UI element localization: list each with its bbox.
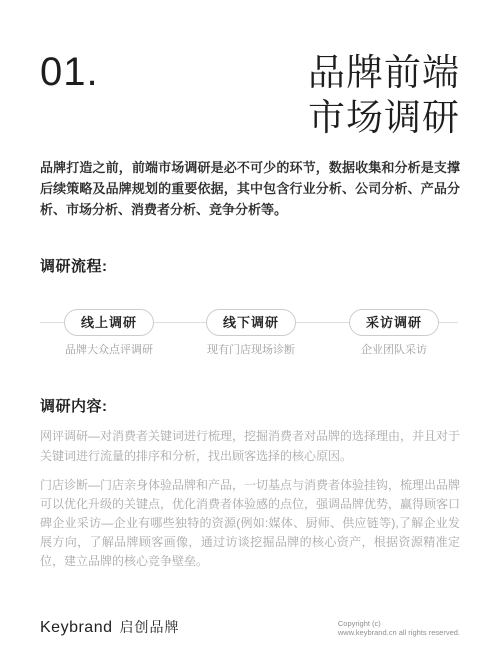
page-title: 品牌前端市场调研 <box>308 50 460 140</box>
process-section-heading: 调研流程: <box>40 257 460 277</box>
brand-logo: Keybrand 启创品牌 <box>40 617 180 637</box>
document-page: 01. 品牌前端市场调研 品牌打造之前，前端市场调研是必不可少的环节，数据收集和… <box>0 0 500 654</box>
copyright-notice: Copyright (c) www.keybrand.cn all rights… <box>338 619 460 637</box>
brand-name-cn: 启创品牌 <box>120 617 180 637</box>
process-step-online: 线上调研 品牌大众点评调研 <box>64 309 154 357</box>
page-title-line2: 市场调研 <box>308 97 460 138</box>
process-flow: 线上调研 品牌大众点评调研 线下调研 现有门店现场诊断 采访调研 企业团队采访 <box>40 309 460 361</box>
section-number: 01. <box>40 50 99 95</box>
content-paragraph-store-diagnosis: 门店诊断—门店亲身体验品牌和产品，一切基点与消费者体验挂钩，梳理出品牌可以优化升… <box>40 476 460 571</box>
page-header: 01. 品牌前端市场调研 <box>40 50 460 140</box>
process-step-pill: 采访调研 <box>349 309 439 336</box>
copyright-line1: Copyright (c) <box>338 619 460 628</box>
content-section-heading: 调研内容: <box>40 397 460 417</box>
brand-name-en: Keybrand <box>40 619 113 637</box>
content-paragraph-online-review: 网评调研—对消费者关键词进行梳理，挖掘消费者对品牌的选择理由，并且对于关键词进行… <box>40 426 460 466</box>
process-step-interview: 采访调研 企业团队采访 <box>349 309 439 357</box>
copyright-line2: www.keybrand.cn all rights reserved. <box>338 628 460 637</box>
intro-paragraph: 品牌打造之前，前端市场调研是必不可少的环节，数据收集和分析是支撑后续策略及品牌规… <box>40 157 460 220</box>
process-step-offline: 线下调研 现有门店现场诊断 <box>206 309 296 357</box>
process-step-pill: 线上调研 <box>64 309 154 336</box>
process-step-pill: 线下调研 <box>206 309 296 336</box>
process-step-sublabel: 企业团队采访 <box>349 344 439 357</box>
page-title-line1: 品牌前端 <box>308 52 460 93</box>
process-step-sublabel: 现有门店现场诊断 <box>206 344 296 357</box>
process-step-sublabel: 品牌大众点评调研 <box>64 344 154 357</box>
page-footer: Keybrand 启创品牌 Copyright (c) www.keybrand… <box>40 617 460 637</box>
